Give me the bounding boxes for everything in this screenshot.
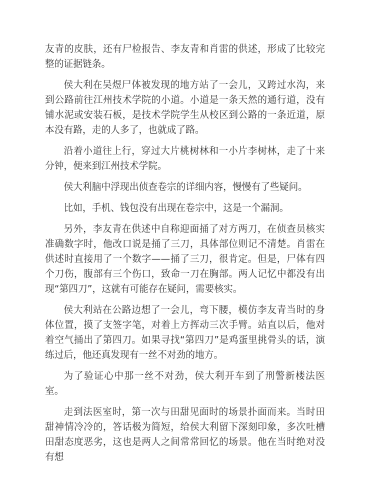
paragraph: 沿着小道往上行，穿过大片桃树林和一小片李树林，走了十来分钟，便来到江州技术学院。 [45,144,325,174]
paragraph: 比如，手机、钱包没有出现在卷宗中，这是一个漏洞。 [45,201,325,216]
paragraph: 另外，李友青在供述中自称迎面捅了对方两刀，在侦查员核实准确数字时，他改口说是捅了… [45,222,325,297]
paragraph: 侯大利站在公路边想了一会儿，弯下腰，模仿李友青当时的身体位置，摸了支签字笔，对着… [45,303,325,363]
text-column: 友青的皮肤，还有尸检报告、李友青和肖雷的供述，形成了比较完整的证据链条。 侯大利… [45,42,325,465]
paragraph: 侯大利脑中浮现出侦查卷宗的详细内容，慢慢有了些疑问。 [45,180,325,195]
paragraph: 侯大利在吴煜尸体被发现的地方站了一会儿，又跨过水沟，来到公路前往江州技术学院的小… [45,78,325,138]
reader-page: 友青的皮肤，还有尸检报告、李友青和肖雷的供述，形成了比较完整的证据链条。 侯大利… [0,0,370,480]
paragraph: 走到法医室时，第一次与田甜见面时的场景扑面而来。当时田甜神情冷冷的，答话极为简短… [45,405,325,465]
paragraph: 为了验证心中那一丝不对劲，侯大利开车到了刑警新楼法医室。 [45,369,325,399]
paragraph-continuation: 友青的皮肤，还有尸检报告、李友青和肖雷的供述，形成了比较完整的证据链条。 [45,42,325,72]
